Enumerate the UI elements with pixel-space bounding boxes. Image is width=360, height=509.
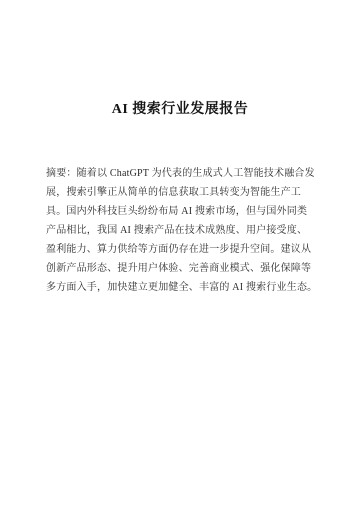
abstract-line: 展，搜索引擎正从简单的信息获取工具转变为智能生产工 xyxy=(46,183,314,202)
abstract-line: 产品相比，我国 AI 搜索产品在技术成熟度、用户接受度、 xyxy=(46,221,314,240)
abstract-line: 创新产品形态、提升用户体验、完善商业模式、强化保障等 xyxy=(46,259,314,278)
abstract-paragraph: 摘要：随着以 ChatGPT 为代表的生成式人工智能技术融合发 展，搜索引擎正从… xyxy=(46,164,314,297)
report-title: AI 搜索行业发展报告 xyxy=(0,100,360,120)
abstract-line: 具。国内外科技巨头纷纷布局 AI 搜索市场，但与国外同类 xyxy=(46,202,314,221)
abstract-line: 盈利能力、算力供给等方面仍存在进一步提升空间。建议从 xyxy=(46,240,314,259)
abstract-line: 摘要：随着以 ChatGPT 为代表的生成式人工智能技术融合发 xyxy=(46,164,314,183)
abstract-line: 多方面入手，加快建立更加健全、丰富的 AI 搜索行业生态。 xyxy=(46,278,314,297)
document-page: AI 搜索行业发展报告 摘要：随着以 ChatGPT 为代表的生成式人工智能技术… xyxy=(0,0,360,509)
